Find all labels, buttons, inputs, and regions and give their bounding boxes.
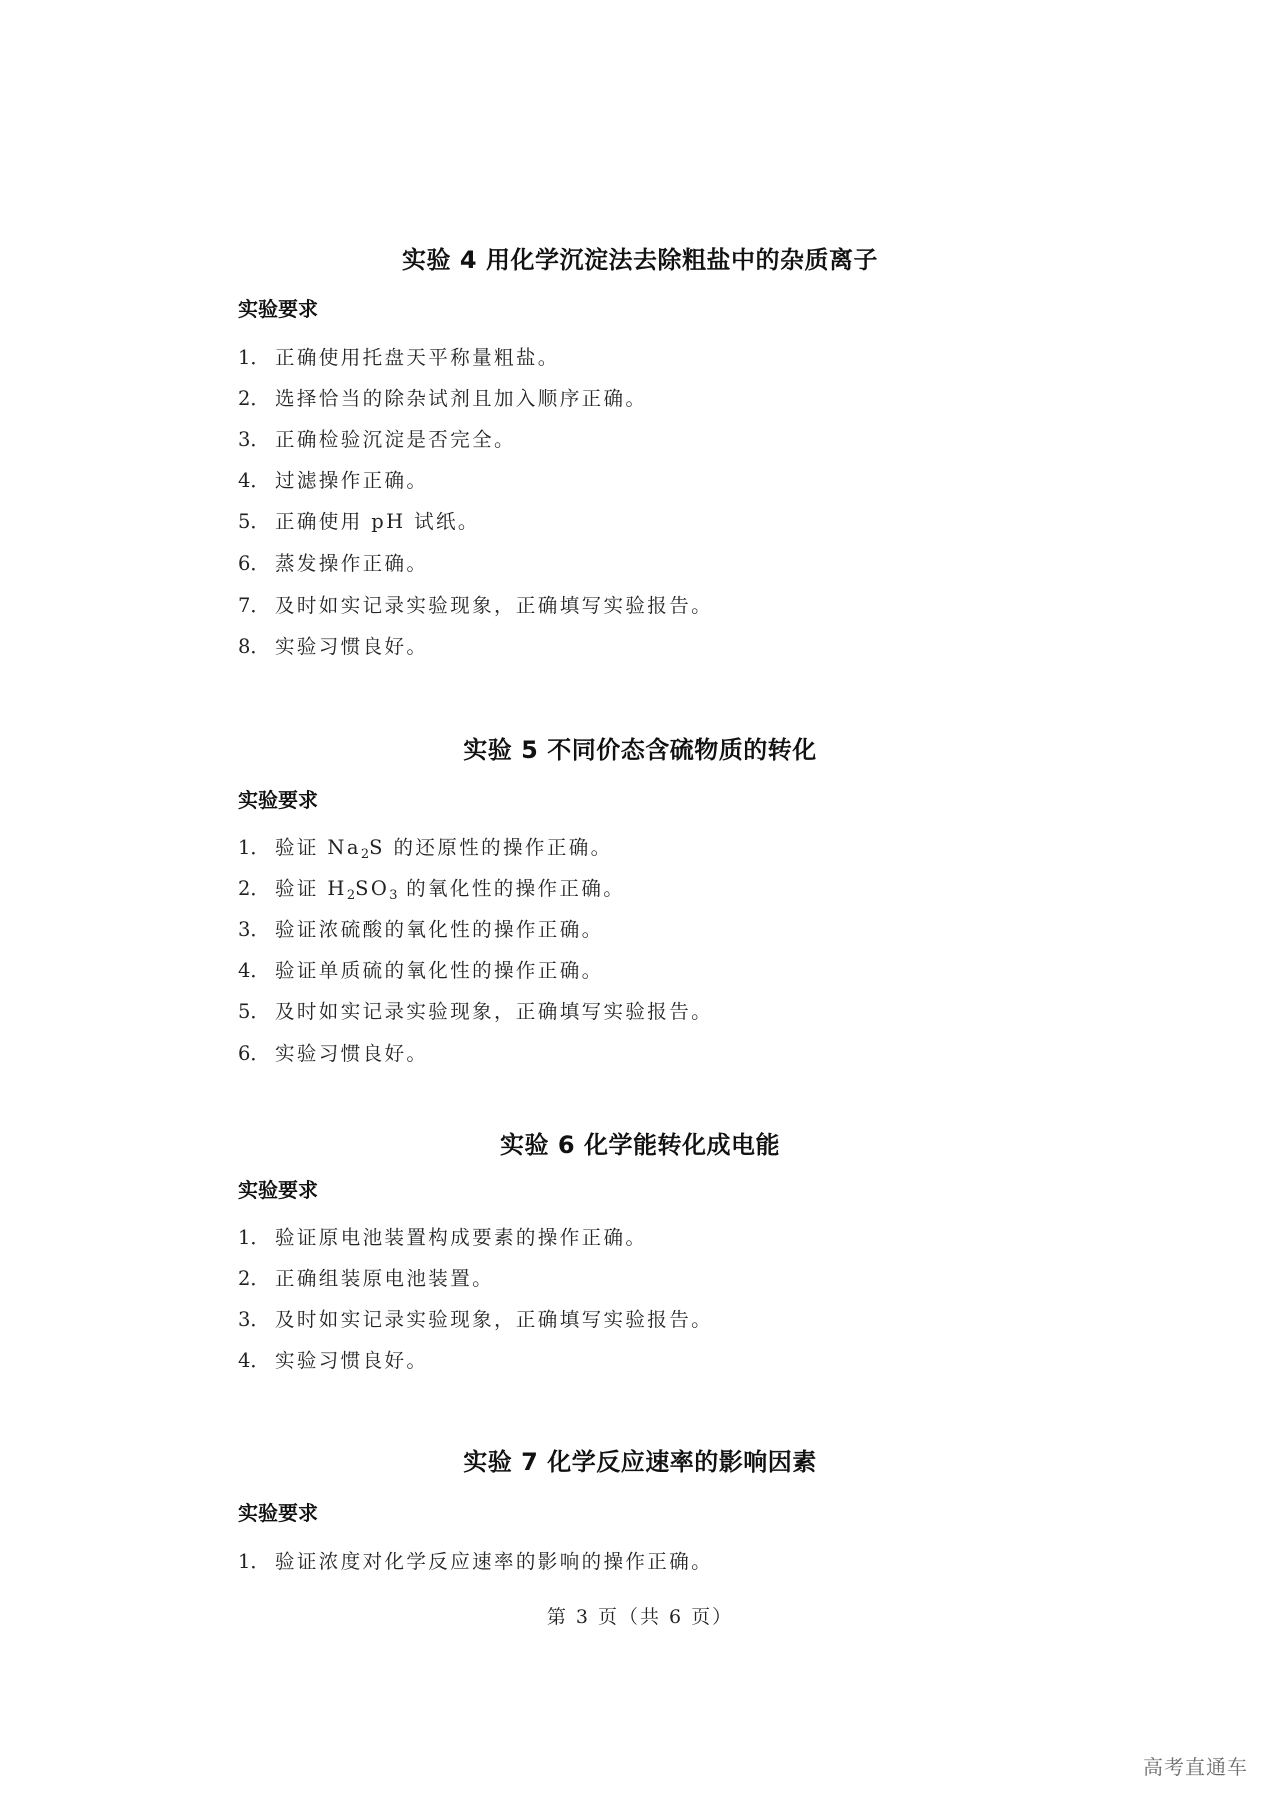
list-item: 8．实验习惯良好。 xyxy=(238,634,428,660)
item-number: 5． xyxy=(238,999,275,1025)
list-item: 4．验证单质硫的氧化性的操作正确。 xyxy=(238,958,604,984)
item-text: 正确组装原电池装置。 xyxy=(275,1267,494,1290)
item-text-mid: SO xyxy=(355,877,389,900)
item-number: 4． xyxy=(238,1348,275,1374)
item-number: 5． xyxy=(238,509,275,535)
list-item: 3．验证浓硫酸的氧化性的操作正确。 xyxy=(238,917,604,943)
list-item: 3．正确检验沉淀是否完全。 xyxy=(238,427,516,453)
subscript: 2 xyxy=(361,847,369,862)
list-item: 6．蒸发操作正确。 xyxy=(238,551,428,577)
item-text: 实验习惯良好。 xyxy=(275,635,428,658)
list-item: 2．正确组装原电池装置。 xyxy=(238,1266,494,1292)
list-item: 1．验证原电池装置构成要素的操作正确。 xyxy=(238,1225,647,1251)
list-item: 4．过滤操作正确。 xyxy=(238,468,428,494)
item-text: 及时如实记录实验现象，正确填写实验报告。 xyxy=(275,594,713,617)
list-item: 1．正确使用托盘天平称量粗盐。 xyxy=(238,345,560,371)
item-text: 验证单质硫的氧化性的操作正确。 xyxy=(275,959,604,982)
document-page: 实验 4 用化学沉淀法去除粗盐中的杂质离子 实验要求 1．正确使用托盘天平称量粗… xyxy=(0,0,1280,1810)
item-text: 及时如实记录实验现象，正确填写实验报告。 xyxy=(275,1000,713,1023)
item-text: 过滤操作正确。 xyxy=(275,469,428,492)
item-text: 正确检验沉淀是否完全。 xyxy=(275,428,516,451)
item-number: 6． xyxy=(238,1041,275,1067)
item-number: 8． xyxy=(238,634,275,660)
item-text: 正确使用托盘天平称量粗盐。 xyxy=(275,346,560,369)
item-text: 验证原电池装置构成要素的操作正确。 xyxy=(275,1226,647,1249)
item-number: 1． xyxy=(238,1549,275,1575)
item-text: 选择恰当的除杂试剂且加入顺序正确。 xyxy=(275,387,647,410)
subscript: 3 xyxy=(389,888,397,903)
section-title-exp5: 实验 5 不同价态含硫物质的转化 xyxy=(0,735,1280,765)
item-number: 2． xyxy=(238,876,275,902)
item-text: 验证浓度对化学反应速率的影响的操作正确。 xyxy=(275,1550,713,1573)
item-number: 2． xyxy=(238,386,275,412)
section-title-exp7: 实验 7 化学反应速率的影响因素 xyxy=(0,1447,1280,1477)
requirements-heading-exp5: 实验要求 xyxy=(238,787,318,813)
list-item: 5．正确使用 pH 试纸。 xyxy=(238,509,480,535)
section-title-exp4: 实验 4 用化学沉淀法去除粗盐中的杂质离子 xyxy=(0,245,1280,275)
item-number: 3． xyxy=(238,427,275,453)
list-item: 1．验证浓度对化学反应速率的影响的操作正确。 xyxy=(238,1549,713,1575)
list-item: 6．实验习惯良好。 xyxy=(238,1041,428,1067)
requirements-heading-exp7: 实验要求 xyxy=(238,1500,318,1526)
item-text-post: 的氧化性的操作正确。 xyxy=(398,877,626,900)
list-item: 3．及时如实记录实验现象，正确填写实验报告。 xyxy=(238,1307,713,1333)
list-item: 2．验证 H2SO3 的氧化性的操作正确。 xyxy=(238,876,625,902)
item-number: 3． xyxy=(238,1307,275,1333)
item-number: 7． xyxy=(238,593,275,619)
list-item: 7．及时如实记录实验现象，正确填写实验报告。 xyxy=(238,593,713,619)
list-item: 1．验证 Na2S 的还原性的操作正确。 xyxy=(238,835,613,861)
item-text: 验证浓硫酸的氧化性的操作正确。 xyxy=(275,918,604,941)
item-text: 及时如实记录实验现象，正确填写实验报告。 xyxy=(275,1308,713,1331)
item-number: 1． xyxy=(238,345,275,371)
list-item: 2．选择恰当的除杂试剂且加入顺序正确。 xyxy=(238,386,647,412)
list-item: 5．及时如实记录实验现象，正确填写实验报告。 xyxy=(238,999,713,1025)
item-text: 实验习惯良好。 xyxy=(275,1349,428,1372)
item-number: 1． xyxy=(238,835,275,861)
item-text-post: S 的还原性的操作正确。 xyxy=(369,836,612,859)
item-number: 4． xyxy=(238,468,275,494)
item-text: 实验习惯良好。 xyxy=(275,1042,428,1065)
requirements-heading-exp6: 实验要求 xyxy=(238,1177,318,1203)
watermark: 高考直通车 xyxy=(1143,1753,1248,1781)
item-text: 蒸发操作正确。 xyxy=(275,552,428,575)
page-number-footer: 第 3 页（共 6 页） xyxy=(0,1604,1280,1630)
item-number: 6． xyxy=(238,551,275,577)
item-number: 3． xyxy=(238,917,275,943)
subscript: 2 xyxy=(347,888,355,903)
requirements-heading-exp4: 实验要求 xyxy=(238,296,318,322)
item-number: 1． xyxy=(238,1225,275,1251)
item-number: 2． xyxy=(238,1266,275,1292)
item-number: 4． xyxy=(238,958,275,984)
item-text: 正确使用 pH 试纸。 xyxy=(275,510,480,533)
item-text-pre: 验证 H xyxy=(275,877,347,900)
item-text-pre: 验证 Na xyxy=(275,836,361,859)
list-item: 4．实验习惯良好。 xyxy=(238,1348,428,1374)
section-title-exp6: 实验 6 化学能转化成电能 xyxy=(0,1130,1280,1160)
